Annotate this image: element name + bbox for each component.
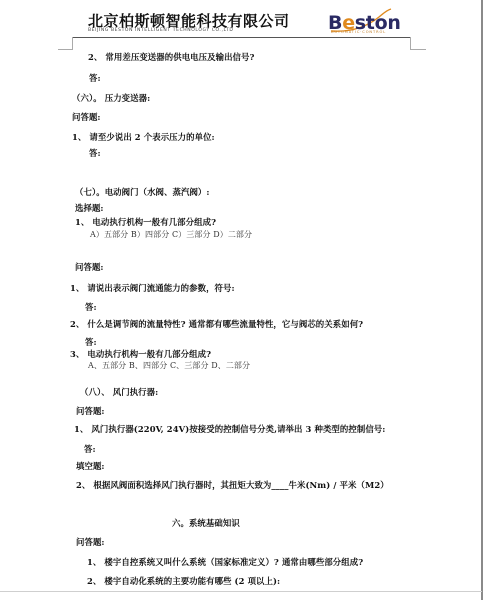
choice-options: A）五部分 B）四部分 C）三部分 D）二部分 [90, 229, 252, 240]
question-line: 2、 楼宇自动化系统的主要功能有哪些 (2 项以上): [87, 575, 280, 587]
question-line: 1、 楼宇自控系统又叫什么系统（国家标准定义）? 通常由哪些部分组成? [87, 556, 363, 568]
page-edge-bottom [0, 591, 482, 592]
question-line: 2、 根据风阀面积选择风门执行器时，其扭矩大致为____牛米(Nm) / 平米（… [76, 479, 389, 491]
question-line: 3、 电动执行机构一般有几部分组成? [70, 348, 211, 360]
section-heading: 六。系统基础知识 [172, 517, 240, 529]
question-type-label: 问答题: [72, 111, 101, 123]
crop-mark-left-v [72, 37, 73, 49]
question-type-label: 问答题: [76, 536, 105, 548]
section-heading: （七）。电动阀门（水阀、蒸汽阀）: [75, 186, 210, 198]
answer-label: 答: [89, 72, 101, 84]
answer-label: 答: [84, 443, 96, 455]
question-line: 2、 什么是调节阀的流量特性? 通常都有哪些流量特性，它与阀芯的关系如何? [70, 318, 363, 330]
answer-label: 答: [85, 336, 97, 348]
company-name-en: BEIJING BESTON INTELLIGENT TECHNOLOGY CO… [88, 28, 233, 33]
section-heading: （六）。 压力变送器: [72, 92, 150, 104]
question-type-label: 问答题: [76, 405, 105, 417]
question-line: 2、 常用差压变送器的供电电压及输出信号? [88, 51, 255, 63]
beston-logo: Beston AUTOMATIC·CONTROL [325, 7, 397, 35]
question-line: 1、 请说出表示阀门流通能力的参数，符号: [70, 282, 235, 294]
question-type-label: 问答题: [75, 261, 104, 273]
logo-subtitle: AUTOMATIC·CONTROL [331, 30, 386, 34]
crop-mark-right-h [410, 49, 426, 50]
question-type-label: 填空题: [76, 460, 105, 472]
question-line: 1、 电动执行机构一般有几部分组成? [75, 216, 216, 228]
question-type-label: 选择题: [75, 202, 104, 214]
page-edge-right [481, 0, 483, 600]
header-divider [72, 37, 411, 38]
answer-label: 答: [89, 147, 101, 159]
crop-mark-right-v [410, 37, 411, 49]
document-header: 北京柏斯顿智能科技有限公司 BEIJING BESTON INTELLIGENT… [0, 0, 485, 40]
answer-label: 答: [85, 301, 97, 313]
section-heading: （八）、 风门执行器: [80, 386, 158, 398]
question-line: 1、 风门执行器(220V, 24V)按接受的控制信号分类,请举出 3 种类型的… [74, 423, 385, 435]
crop-mark-left-h [58, 49, 73, 50]
question-line: 1、 请至少说出 2 个表示压力的单位: [72, 131, 215, 143]
choice-options: A、五部分 B、四部分 C、三部分 D、二部分 [88, 360, 250, 371]
